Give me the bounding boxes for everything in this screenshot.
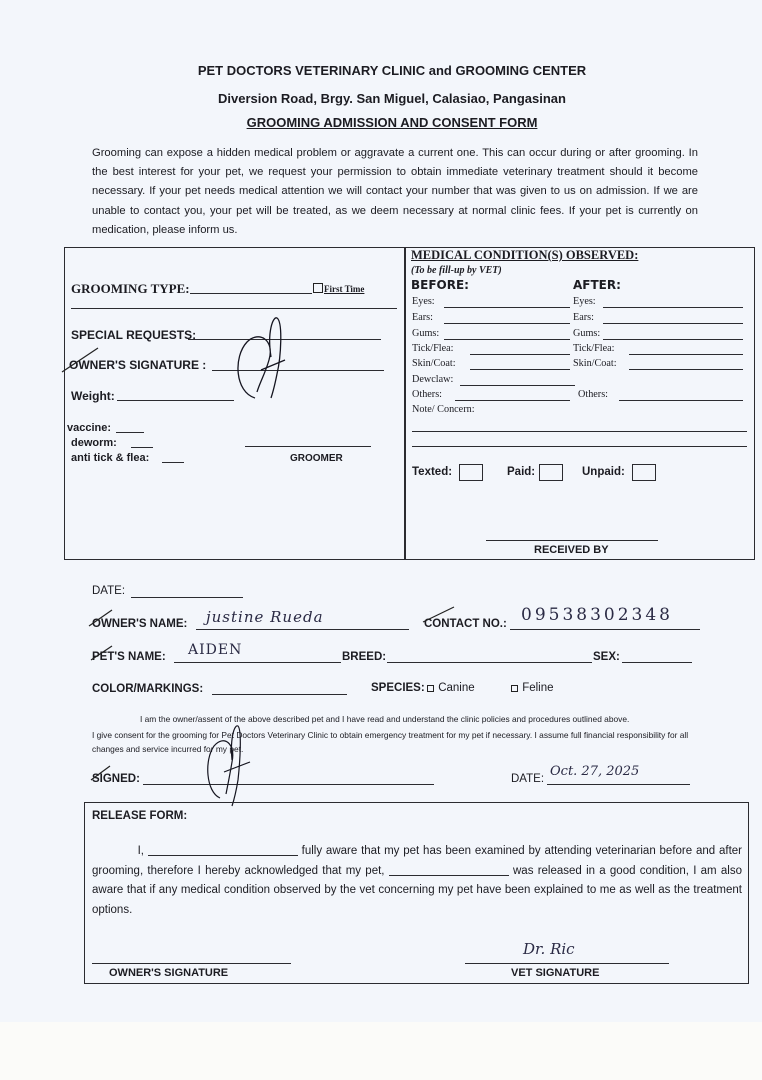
canine-checkbox[interactable] — [427, 685, 434, 692]
received-by-label: RECEIVED BY — [534, 544, 609, 556]
after-field-input[interactable] — [629, 354, 743, 355]
groomer-signature-line[interactable] — [245, 446, 371, 447]
after-field-label: Skin/Coat: — [573, 358, 617, 369]
before-field-input[interactable] — [444, 307, 570, 308]
after-field-label: Ears: — [573, 312, 594, 323]
deworm-label: deworm: — [71, 437, 117, 449]
species-option-feline[interactable]: Feline — [511, 682, 554, 694]
check-mark-icon — [420, 604, 460, 628]
owner-name-field[interactable] — [196, 629, 409, 630]
vet-signature-value: Dr. Ric — [523, 940, 575, 958]
deworm-field[interactable] — [131, 447, 153, 448]
after-field-label: Gums: — [573, 328, 600, 339]
before-field-input[interactable] — [444, 339, 570, 340]
scan-background — [0, 1022, 762, 1080]
species-option-canine[interactable]: Canine — [427, 682, 475, 694]
note-label: Note/ Concern: — [412, 404, 475, 415]
vaccine-field[interactable] — [116, 432, 144, 433]
before-field-input[interactable] — [470, 369, 570, 370]
date-label: DATE: — [92, 585, 125, 597]
paid-checkbox[interactable] — [539, 464, 563, 481]
grooming-type-label: GROOMING TYPE: — [71, 281, 190, 297]
first-time-checkbox[interactable] — [313, 283, 323, 293]
unpaid-checkbox[interactable] — [632, 464, 656, 481]
sex-label: SEX: — [593, 651, 620, 663]
after-label: AFTER: — [573, 278, 621, 292]
before-field-label: Skin/Coat: — [412, 358, 456, 369]
form-title: GROOMING ADMISSION AND CONSENT FORM — [0, 115, 762, 130]
release-pet-name-field[interactable] — [389, 864, 509, 876]
check-mark-icon — [86, 606, 116, 630]
grooming-type-field-line2[interactable] — [71, 308, 397, 309]
release-owner-signature-label: OWNER'S SIGNATURE — [109, 967, 228, 979]
feline-checkbox[interactable] — [511, 685, 518, 692]
clinic-name: PET DOCTORS VETERINARY CLINIC and GROOMI… — [0, 63, 762, 78]
owner-signature-scribble — [225, 312, 295, 407]
consent-date-field[interactable] — [547, 784, 690, 785]
owner-name-value[interactable]: justine Rueda — [206, 608, 324, 626]
clinic-address: Diversion Road, Brgy. San Miguel, Calasi… — [0, 91, 762, 106]
before-label: BEFORE: — [411, 278, 469, 292]
before-field-label: Eyes: — [412, 296, 435, 307]
before-field-input[interactable] — [460, 385, 575, 386]
before-field-input[interactable] — [455, 400, 570, 401]
check-mark-icon — [88, 762, 116, 784]
release-prefix: I, — [92, 842, 144, 862]
after-field-input[interactable] — [629, 369, 743, 370]
before-field-input[interactable] — [470, 354, 570, 355]
release-owner-name-field[interactable] — [148, 844, 298, 856]
vet-signature-label: VET SIGNATURE — [511, 967, 599, 979]
texted-label: Texted: — [412, 466, 452, 478]
first-time-option[interactable]: First Time — [313, 283, 364, 294]
color-label: COLOR/MARKINGS: — [92, 683, 203, 695]
consent-date-value[interactable]: Oct. 27, 2025 — [550, 764, 639, 779]
before-field-label: Others: — [412, 389, 442, 400]
vet-signature-line[interactable] — [465, 963, 669, 964]
after-field-label: Others: — [578, 389, 608, 400]
breed-label: BREED: — [342, 651, 386, 663]
unpaid-label: Unpaid: — [582, 466, 625, 478]
before-field-label: Dewclaw: — [412, 374, 453, 385]
before-field-input[interactable] — [444, 323, 570, 324]
signed-field[interactable] — [143, 784, 434, 785]
after-field-input[interactable] — [603, 307, 743, 308]
after-field-input[interactable] — [603, 323, 743, 324]
contact-value[interactable]: 09538302348 — [521, 605, 673, 625]
feline-label: Feline — [522, 682, 553, 694]
first-time-label: First Time — [324, 284, 364, 294]
section-divider — [404, 247, 406, 560]
before-field-label: Ears: — [412, 312, 433, 323]
medical-subtitle: (To be fill-up by VET) — [411, 265, 502, 276]
after-field-input[interactable] — [603, 339, 743, 340]
note-field-line1[interactable] — [412, 431, 747, 432]
species-label: SPECIES: — [371, 682, 425, 694]
release-owner-signature-line[interactable] — [92, 963, 291, 964]
weight-field[interactable] — [117, 400, 234, 401]
date-field[interactable] — [131, 597, 243, 598]
grooming-type-field[interactable] — [190, 293, 312, 294]
sex-field[interactable] — [622, 662, 692, 663]
consent-date-label: DATE: — [511, 773, 544, 785]
before-field-label: Gums: — [412, 328, 439, 339]
anti-tick-label: anti tick & flea: — [71, 452, 149, 464]
after-field-label: Tick/Flea: — [573, 343, 615, 354]
release-form-text: I, fully aware that my pet has been exam… — [92, 842, 742, 920]
note-field-line2[interactable] — [412, 446, 747, 447]
contact-field[interactable] — [510, 629, 700, 630]
groomer-label: GROOMER — [290, 453, 343, 464]
pet-name-value[interactable]: AIDEN — [188, 642, 242, 658]
before-field-label: Tick/Flea: — [412, 343, 454, 354]
intro-paragraph: Grooming can expose a hidden medical pro… — [92, 144, 698, 240]
anti-tick-field[interactable] — [162, 462, 184, 463]
color-field[interactable] — [212, 694, 347, 695]
weight-label: Weight: — [71, 389, 115, 403]
pet-name-field[interactable] — [174, 662, 341, 663]
texted-checkbox[interactable] — [459, 464, 483, 481]
after-field-label: Eyes: — [573, 296, 596, 307]
after-field-input[interactable] — [619, 400, 743, 401]
consent-signature-scribble — [200, 722, 260, 810]
check-mark-icon — [88, 642, 118, 664]
consent-text-rest: I give consent for the grooming for Pet … — [92, 728, 698, 756]
release-form-title: RELEASE FORM: — [92, 810, 187, 822]
breed-field[interactable] — [387, 662, 592, 663]
vaccine-label: vaccine: — [67, 422, 111, 434]
check-mark-icon — [60, 340, 110, 380]
received-by-line[interactable] — [486, 540, 658, 541]
medical-title: MEDICAL CONDITION(S) OBSERVED: — [411, 248, 638, 263]
paid-label: Paid: — [507, 466, 535, 478]
canine-label: Canine — [438, 682, 474, 694]
